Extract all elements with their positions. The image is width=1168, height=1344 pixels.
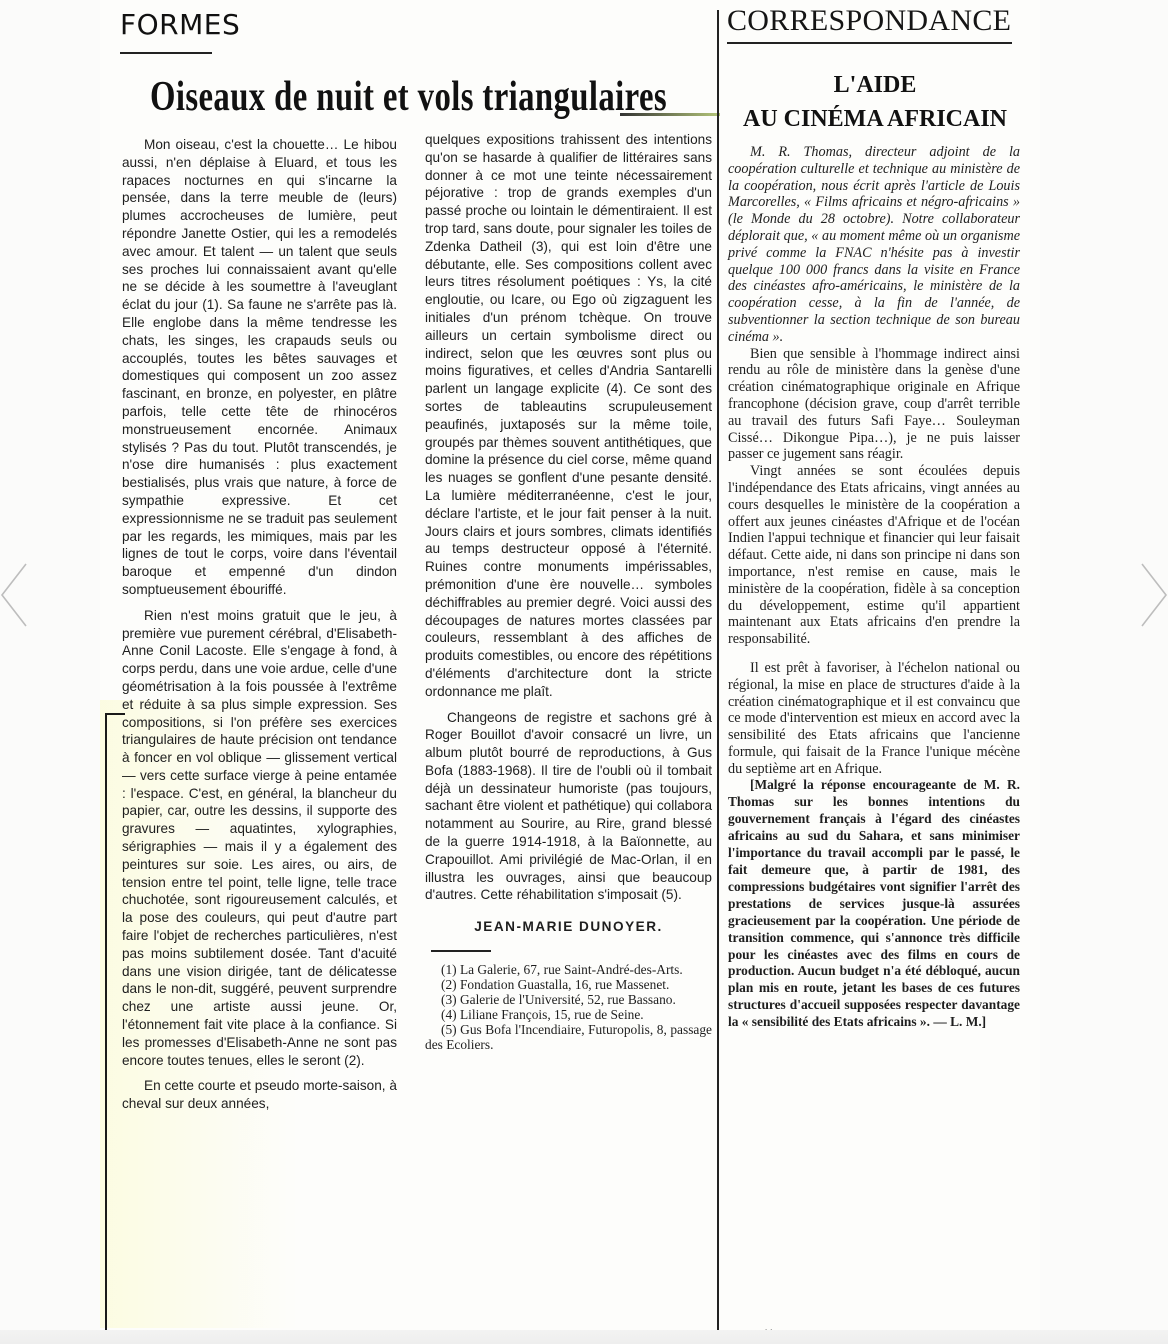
paragraph: Vingt années se sont écoulées depuis l'i… bbox=[728, 463, 1020, 648]
letter-intro: M. R. Thomas, directeur adjoint de la co… bbox=[728, 144, 1020, 346]
paragraph: Il est prêt à favoriser, à l'échelon nat… bbox=[728, 660, 1020, 778]
newspaper-clipping: FORMES Oiseaux de nuit et vols triangula… bbox=[100, 0, 1040, 1330]
previous-page-button[interactable] bbox=[0, 560, 40, 630]
chevron-left-icon bbox=[0, 560, 40, 630]
headline-line-2: AU CINÉMA AFRICAIN bbox=[740, 102, 1010, 136]
paragraph: Mon oiseau, c'est la chouette… Le hibou … bbox=[122, 136, 397, 599]
paragraph: Bien que sensible à l'hommage indirect a… bbox=[728, 346, 1020, 464]
footnote: (3) Galerie de l'Université, 52, rue Bas… bbox=[425, 992, 712, 1007]
chevron-right-icon bbox=[1128, 560, 1168, 630]
headline-line-1: L'AIDE bbox=[740, 68, 1010, 102]
author-signature: JEAN-MARIE DUNOYER. bbox=[425, 918, 712, 936]
editor-note: [Malgré la réponse encourageante de M. R… bbox=[728, 777, 1020, 1031]
footnote: (5) Gus Bofa l'Incendiaire, Futuropolis,… bbox=[425, 1022, 712, 1052]
paragraph: Changeons de registre et sachons gré à R… bbox=[425, 709, 712, 905]
headline-pen-mark bbox=[620, 113, 720, 116]
document-viewer: FORMES Oiseaux de nuit et vols triangula… bbox=[0, 0, 1168, 1344]
letter-column: M. R. Thomas, directeur adjoint de la co… bbox=[728, 144, 1020, 1031]
letter-headline: L'AIDE AU CINÉMA AFRICAIN bbox=[740, 68, 1010, 136]
footnote: (1) La Galerie, 67, rue Saint-André-des-… bbox=[425, 962, 712, 977]
footnote: (4) Liliane François, 15, rue de Seine. bbox=[425, 1007, 712, 1022]
paragraph: Rien n'est moins gratuit que le jeu, à p… bbox=[122, 607, 397, 1070]
section-rubric-formes: FORMES bbox=[120, 8, 240, 41]
page-bottom-edge bbox=[0, 1330, 1168, 1344]
footnote: (2) Fondation Guastalla, 16, rue Massene… bbox=[425, 977, 712, 992]
rubric-rule bbox=[120, 52, 212, 54]
paragraph: quelques expositions trahissent des inte… bbox=[425, 131, 712, 701]
section-rubric-correspondance: CORRESPONDANCE bbox=[727, 4, 1011, 38]
paragraph: En cette courte et pseudo morte-saison, … bbox=[122, 1077, 397, 1113]
article-column-2: quelques expositions trahissent des inte… bbox=[425, 131, 712, 1052]
article-headline: Oiseaux de nuit et vols triangulaires bbox=[150, 72, 571, 122]
rubric-rule bbox=[727, 42, 1012, 44]
column-divider bbox=[717, 10, 719, 1330]
article-column-1: Mon oiseau, c'est la chouette… Le hibou … bbox=[122, 136, 397, 1113]
next-page-button[interactable] bbox=[1128, 560, 1168, 630]
footnotes-rule bbox=[431, 950, 491, 952]
footnotes: (1) La Galerie, 67, rue Saint-André-des-… bbox=[425, 962, 712, 1052]
